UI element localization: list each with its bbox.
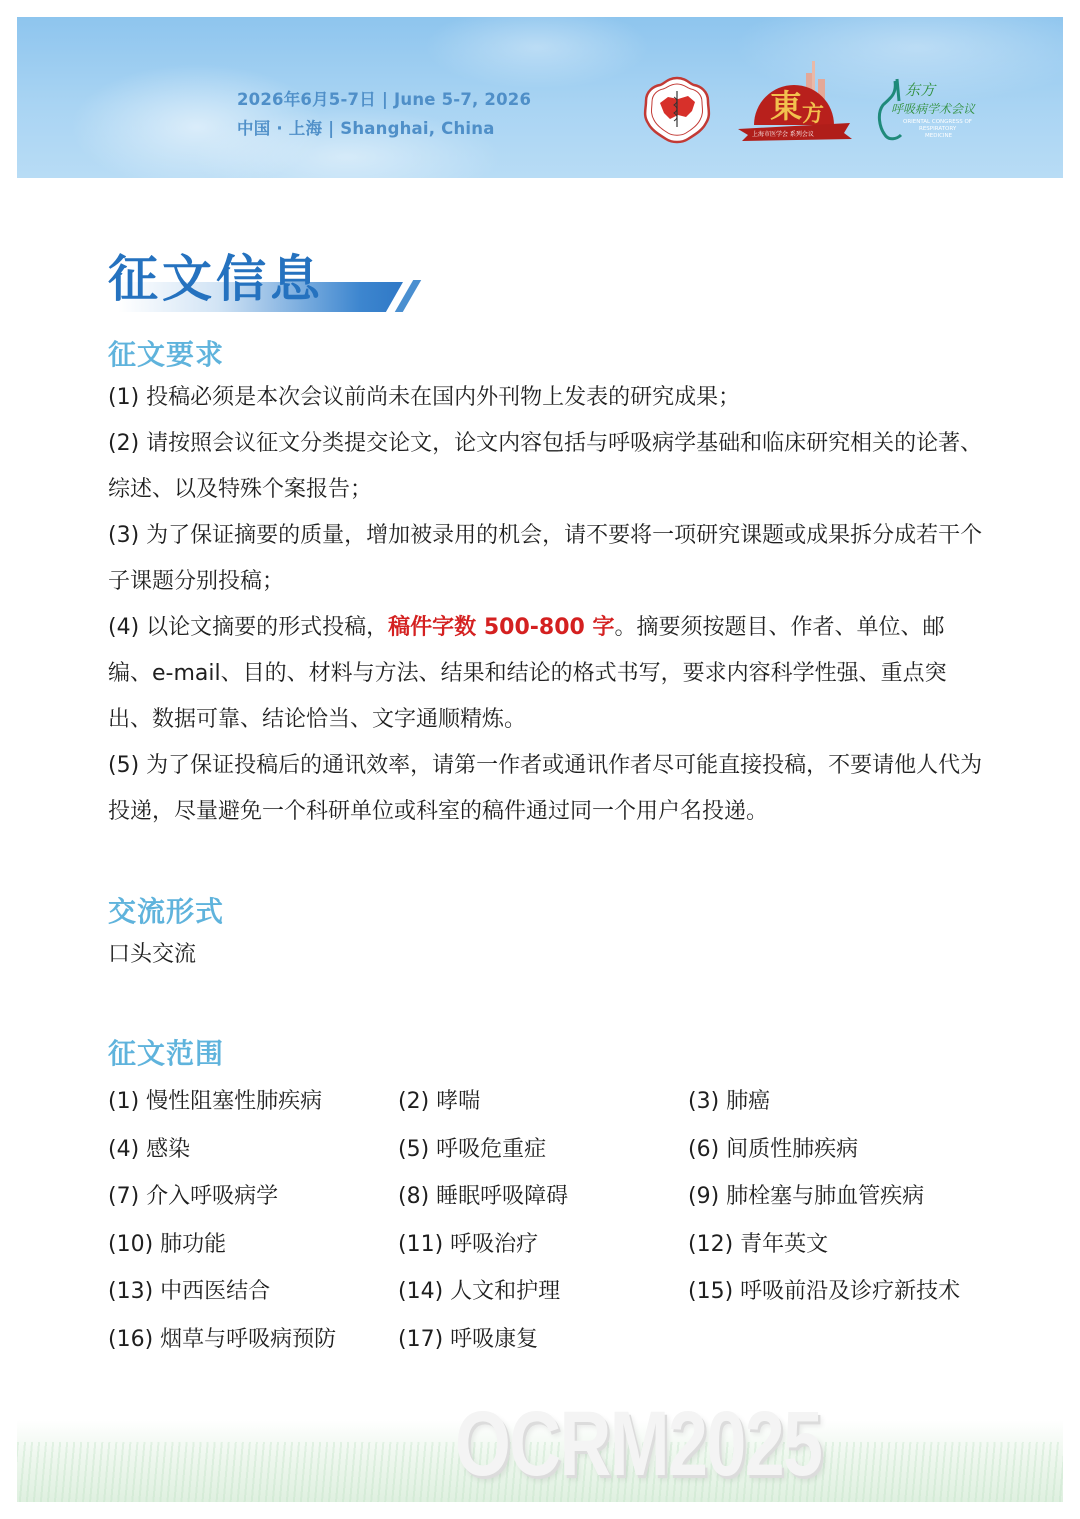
- scope-item: (11) 呼吸治疗: [398, 1221, 688, 1269]
- ocrm-logo-icon: 东方 呼吸病学术会议 ORIENTAL CONGRESS OF RESPIRAT…: [875, 75, 977, 145]
- scope-item: (17) 呼吸康复: [398, 1316, 688, 1364]
- footer-watermark: OCRM2025: [455, 1394, 821, 1494]
- scope-item: (15) 呼吸前沿及诊疗新技术: [688, 1268, 988, 1316]
- scope-item: (4) 感染: [108, 1126, 398, 1174]
- svg-text:呼吸病学术会议: 呼吸病学术会议: [891, 102, 976, 116]
- scope-item: (7) 介入呼吸病学: [108, 1173, 398, 1221]
- requirements-heading: 征文要求: [108, 338, 224, 372]
- scope-item: (5) 呼吸危重症: [398, 1126, 688, 1174]
- oriental-series-logo-icon: 東 方 上海市医学会 系列会议: [732, 59, 857, 151]
- word-count-highlight: 稿件字数 500-800 字: [388, 615, 614, 640]
- scope-item: (2) 哮喘: [398, 1078, 688, 1126]
- scope-item: (6) 间质性肺疾病: [688, 1126, 988, 1174]
- svg-text:东方: 东方: [905, 81, 937, 99]
- requirement-item-2: (2) 请按照会议征文分类提交论文，论文内容包括与呼吸病学基础和临床研究相关的论…: [108, 421, 988, 513]
- svg-text:ORIENTAL CONGRESS OF: ORIENTAL CONGRESS OF: [903, 119, 972, 125]
- svg-text:方: 方: [802, 101, 824, 127]
- requirements-list: (1) 投稿必须是本次会议前尚未在国内外刊物上发表的研究成果； (2) 请按照会…: [108, 375, 988, 835]
- page-title-block: 征文信息: [108, 250, 428, 315]
- scope-item: (1) 慢性阻塞性肺疾病: [108, 1078, 398, 1126]
- header-banner: 2026年6月5-7日 | June 5-7, 2026 中国 · 上海 | S…: [17, 17, 1063, 178]
- requirement-item-4-prefix: (4) 以论文摘要的形式投稿，: [108, 615, 388, 640]
- format-heading: 交流形式: [108, 895, 224, 929]
- scope-item: (16) 烟草与呼吸病预防: [108, 1316, 398, 1364]
- page-title: 征文信息: [108, 250, 324, 308]
- scope-item: (14) 人文和护理: [398, 1268, 688, 1316]
- requirement-item-5: (5) 为了保证投稿后的通讯效率，请第一作者或通讯作者尽可能直接投稿，不要请他人…: [108, 743, 988, 835]
- shanghai-medical-association-logo-icon: [642, 75, 712, 145]
- event-location: 中国 · 上海 | Shanghai, China: [237, 114, 531, 143]
- event-date: 2026年6月5-7日 | June 5-7, 2026: [237, 85, 531, 114]
- requirement-item-1: (1) 投稿必须是本次会议前尚未在国内外刊物上发表的研究成果；: [108, 375, 988, 421]
- scope-item: (8) 睡眠呼吸障碍: [398, 1173, 688, 1221]
- scope-item: (10) 肺功能: [108, 1221, 398, 1269]
- scope-list: (1) 慢性阻塞性肺疾病 (2) 哮喘 (3) 肺癌 (4) 感染 (5) 呼吸…: [108, 1078, 988, 1363]
- scope-item: (9) 肺栓塞与肺血管疾病: [688, 1173, 988, 1221]
- svg-text:上海市医学会 系列会议: 上海市医学会 系列会议: [752, 130, 814, 138]
- svg-text:RESPIRATORY: RESPIRATORY: [919, 126, 957, 132]
- scope-item: (13) 中西医结合: [108, 1268, 398, 1316]
- scope-item: (12) 青年英文: [688, 1221, 988, 1269]
- format-value: 口头交流: [108, 932, 988, 978]
- svg-text:MEDICINE: MEDICINE: [925, 133, 953, 139]
- svg-text:東: 東: [770, 87, 802, 125]
- event-info: 2026年6月5-7日 | June 5-7, 2026 中国 · 上海 | S…: [237, 85, 531, 143]
- requirement-item-4: (4) 以论文摘要的形式投稿，稿件字数 500-800 字。摘要须按题目、作者、…: [108, 605, 988, 743]
- scope-item: (3) 肺癌: [688, 1078, 988, 1126]
- scope-heading: 征文范围: [108, 1037, 224, 1071]
- requirement-item-3: (3) 为了保证摘要的质量，增加被录用的机会，请不要将一项研究课题或成果拆分成若…: [108, 513, 988, 605]
